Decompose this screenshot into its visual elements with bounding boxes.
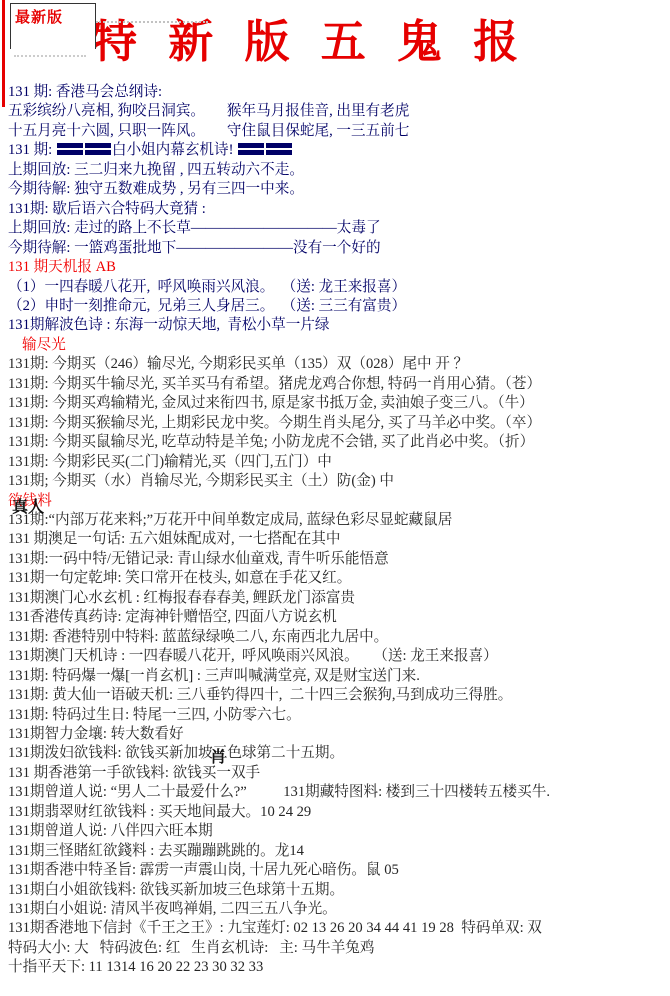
text-line: 131 期: 香港马会总纲诗: xyxy=(8,83,670,102)
double-bar-icon xyxy=(266,143,292,155)
text-line: 131期澳门天机诗 : 一四春暖八花开, 呼风唤雨兴风浪。 （送: 龙王来报喜） xyxy=(8,647,670,666)
text-line: 131期香港地下信封《千王之王》: 九宝莲灯: 02 13 26 20 34 4… xyxy=(8,919,670,938)
overlapping-text: 肖 xyxy=(210,750,226,766)
text-line: 131 期香港第一手欲钱料: 欲钱买一双手 xyxy=(8,764,670,783)
text-line: 131香港传真药诗: 定海神针赠悟空, 四面八方说玄机 xyxy=(8,608,670,627)
text-line: 上期回放: 走过的路上不长草——————————太毒了 xyxy=(8,219,670,238)
text-line: 131期: 今期买鸡输精光, 金凤过来衔四书, 原是家书抵万金, 卖油娘子变三八… xyxy=(8,394,670,413)
text-line: 131期白小姐说: 清风半夜鸣禅娟, 二四三五八争光。 xyxy=(8,900,670,919)
text-line: 131 期澳足一句话: 五六姐妹配成对, 一七搭配在其中 xyxy=(8,530,670,549)
text-line: 十五月亮十六圆, 只职一阵风。 守住鼠目保蛇尾, 一三五前七 xyxy=(8,122,670,141)
double-bar-icon xyxy=(85,143,111,155)
text-line: 131期翡翠财红欲钱料 : 买天地间最大。10 24 29 xyxy=(8,803,670,822)
text-line: 131期解波色诗 : 东海一动惊天地, 青松小草一片绿 xyxy=(8,316,670,335)
text-line: 131期曾道人说: 八伴四六旺本期 xyxy=(8,822,670,841)
section-heading: 欲钱料 xyxy=(8,492,670,511)
text-line: 131期: 黄大仙一语破天机: 三八垂钓得四十, 二十四三会猴狗,马到成功三得胜… xyxy=(8,686,670,705)
text-line: 131期: 特码过生日: 特尾一三四, 小防零六七。 xyxy=(8,706,670,725)
text-line: （2）申时一刻推命元, 兄弟三人身居三。 （送: 三三有富贵） xyxy=(8,297,670,316)
badge-label: 最新版 xyxy=(11,4,66,27)
content-lines: 131 期: 香港马会总纲诗:五彩缤纷八亮相, 狗咬吕洞宾。 猴年马月报佳音, … xyxy=(0,83,670,978)
text-line: 131期香港中特圣旨: 霹雳一声震山岗, 十居九死心暗伤。鼠 05 xyxy=(8,861,670,880)
section-heading: 131 期天机报 AB xyxy=(8,258,670,277)
double-bar-icon xyxy=(238,143,264,155)
latest-edition-badge: 最新版 xyxy=(10,3,96,49)
text-line: 131期: 歇后语六合特码大竟猜 : xyxy=(8,200,670,219)
text-line: 131期:“内部万花来料;”万花开中间单数定成局, 蓝绿色彩尽显蛇藏鼠居 xyxy=(8,511,670,530)
text-line: 131期: 今期买猴输尽光, 上期彩民龙中奖。今期生肖头尾分, 买了马羊必中奖。… xyxy=(8,414,670,433)
double-bar-icon xyxy=(57,143,83,155)
text-line: 131期澳门心水玄机 : 红梅报春春春美, 鲤跃龙门添富贵 xyxy=(8,589,670,608)
scan-artifact-line xyxy=(96,21,208,23)
text-line: 特码大小: 大 特码波色: 红 生肖玄机诗: 主: 马牛羊兔鸡 xyxy=(8,939,670,958)
text-line: 131期曾道人说: “男人二十最爱什么?” 131期藏特图料: 楼到三十四楼转五… xyxy=(8,783,670,802)
text-line: 今期待解: 一篮鸡蛋批地下————————没有一个好的 xyxy=(8,239,670,258)
line-prefix: 131 期: xyxy=(8,142,56,158)
text-line: 131期: 今期彩民买(二门)输精光,买（四门,五门）中 xyxy=(8,453,670,472)
line-label: 白小姐内幕玄机诗! xyxy=(112,142,237,158)
section-heading: 输尽光 xyxy=(8,336,670,355)
text-line: 131 期: 白小姐内幕玄机诗! xyxy=(8,141,670,160)
text-line: 131期: 特码爆一爆[一肖玄机] : 三声叫喊满堂亮, 双是财宝送门来. xyxy=(8,667,670,686)
page: 最新版 特 新 版 五 鬼 报 131 期: 香港马会总纲诗:五彩缤纷八亮相, … xyxy=(0,0,670,996)
text-line: 131期: 今期买鼠输尽光, 吃草动特是羊兔; 小防龙虎不会错, 买了此肖必中奖… xyxy=(8,433,670,452)
text-line: 131期三怪賭紅欲錢料 : 去买蹦蹦跳跳的。龙14 xyxy=(8,842,670,861)
text-line: 131期: 香港特别中特料: 蓝蓝绿绿唤二八, 东南西北九居中。 xyxy=(8,628,670,647)
text-line: （1）一四春暖八花开, 呼风唤雨兴风浪。 （送: 龙王来报喜） xyxy=(8,278,670,297)
text-line: 131期; 今期买（水）肖输尽光, 今期彩民买主（土）防(金) 中 xyxy=(8,472,670,491)
text-line: 今期待解: 独守五数难成势 , 另有三四一中来。 xyxy=(8,180,670,199)
text-line: 131期: 今期买（246）输尽光, 今期彩民买单（135）双（028）尾中 开… xyxy=(8,355,670,374)
text-line: 131期:一码中特/无错记录: 青山绿水仙童戏, 青牛听乐能悟意 xyxy=(8,550,670,569)
red-border-line xyxy=(2,0,5,107)
text-line: 五彩缤纷八亮相, 狗咬吕洞宾。 猴年马月报佳音, 出里有老虎 xyxy=(8,102,670,121)
text-line: 131期白小姐欲钱料: 欲钱买新加坡三色球第十五期。 xyxy=(8,881,670,900)
overlapping-text: 真人 xyxy=(12,500,44,516)
text-line: 131期智力金壤: 转大数看好 xyxy=(8,725,670,744)
scan-artifact-line xyxy=(14,55,86,57)
text-line: 131期: 今期买牛输尽光, 买羊买马有希望。猪虎龙鸡合你想, 特码一肖用心猜。… xyxy=(8,375,670,394)
text-line: 131期泼妇欲钱料: 欲钱买新加坡三色球第二十五期。 xyxy=(8,744,670,763)
text-line: 131期一句定乾坤: 笑口常开在枝头, 如意在手花又红。 xyxy=(8,569,670,588)
text-line: 十指平天下: 11 1314 16 20 22 23 30 32 33 xyxy=(8,958,670,977)
text-line: 上期回放: 三二归来九挽留 , 四五转动六不走。 xyxy=(8,161,670,180)
